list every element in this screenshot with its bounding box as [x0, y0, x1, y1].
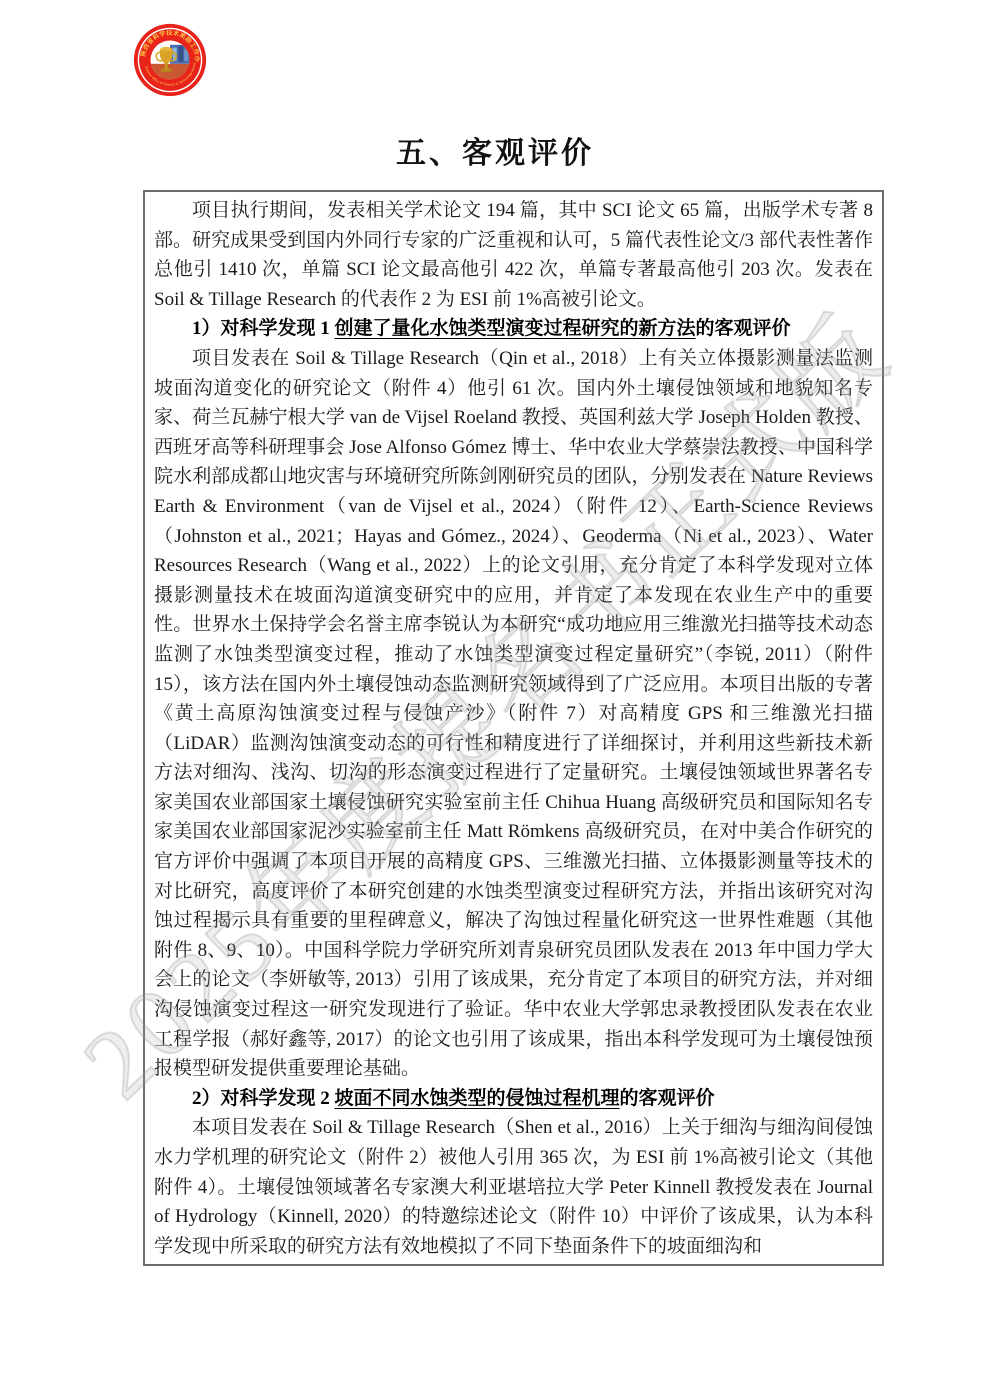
seal-icon: 陕西省科学技术奖励工作办公室 Shaanxi Office Of Science… [132, 22, 208, 98]
section1-heading: 1）对科学发现 1 创建了量化水蚀类型演变过程研究的新方法的客观评价 [154, 314, 873, 344]
award-office-seal: 陕西省科学技术奖励工作办公室 Shaanxi Office Of Science… [132, 22, 208, 98]
section1-paragraph: 项目发表在 Soil & Tillage Research（Qin et al.… [154, 344, 873, 1084]
document-page: 陕西省科学技术奖励工作办公室 Shaanxi Office Of Science… [0, 0, 990, 1399]
evaluation-content-box: 项目执行期间，发表相关学术论文 194 篇，其中 SCI 论文 65 篇，出版学… [143, 190, 884, 1266]
section1-prefix: 1）对科学发现 1 [192, 318, 335, 339]
section2-underlined-title: 坡面不同水蚀类型的侵蚀过程机理 [335, 1088, 620, 1109]
intro-paragraph: 项目执行期间，发表相关学术论文 194 篇，其中 SCI 论文 65 篇，出版学… [154, 196, 873, 314]
page-title: 五、客观评价 [0, 128, 990, 172]
section2-paragraph: 本项目发表在 Soil & Tillage Research（Shen et a… [154, 1113, 873, 1261]
section2-prefix: 2）对科学发现 2 [192, 1088, 335, 1109]
section1-suffix: 的客观评价 [696, 318, 791, 339]
section2-suffix: 的客观评价 [620, 1088, 715, 1109]
section2-heading: 2）对科学发现 2 坡面不同水蚀类型的侵蚀过程机理的客观评价 [154, 1084, 873, 1114]
section1-underlined-title: 创建了量化水蚀类型演变过程研究的新方法 [335, 318, 696, 339]
